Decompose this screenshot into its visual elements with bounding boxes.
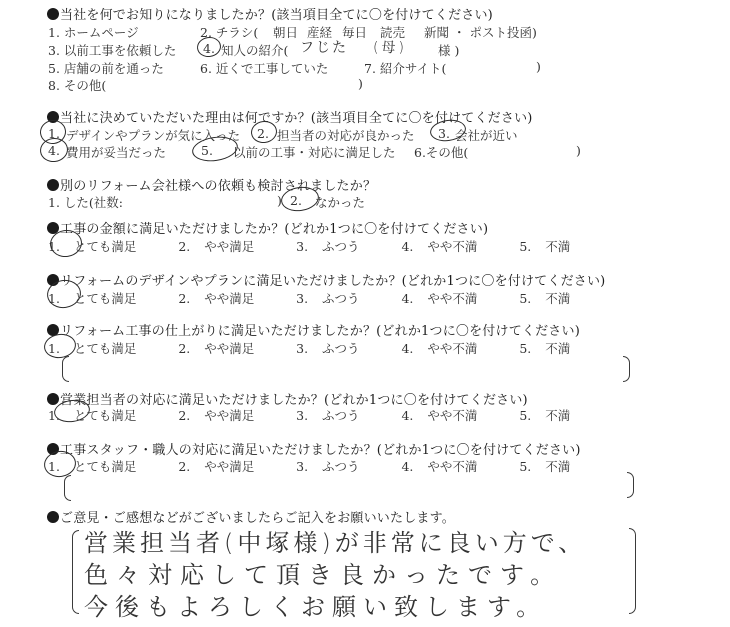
q6-option-2[interactable]: 2. やや満足	[178, 341, 254, 356]
q5-option-5[interactable]: 5. 不満	[519, 291, 570, 306]
q3-option-2-label[interactable]: なかった	[315, 193, 365, 211]
q1-option-1[interactable]: 1. ホームページ	[48, 23, 139, 41]
q8-comment-field[interactable]	[72, 476, 622, 498]
q7-option-4[interactable]: 4. やや不満	[401, 408, 477, 423]
q1-option-3[interactable]: 3. 以前工事を依頼した	[48, 41, 176, 59]
q2-option-5-label[interactable]: 以前の工事・対応に満足した	[233, 143, 396, 161]
q6-option-5[interactable]: 5. 不満	[519, 341, 570, 356]
q6-comment-bracket-left	[62, 356, 69, 382]
q1-paper-asahi[interactable]: 朝日	[273, 23, 298, 41]
q6-comment-field[interactable]	[70, 358, 620, 380]
q1-paper-newspaper-post[interactable]: 新聞 ・ ポスト投函)	[424, 23, 537, 41]
bullet-icon	[47, 179, 59, 191]
bullet-icon	[47, 511, 59, 523]
q8-comment-bracket-left	[64, 475, 71, 501]
q5-question: リフォームのデザインやプランに満足いただけましたか？(どれか1つに〇を付けてくだ…	[47, 270, 605, 289]
q1-option-7[interactable]: 7. 紹介サイト(	[364, 59, 446, 77]
q5-option-4[interactable]: 4. やや不満	[401, 291, 477, 306]
q3-question: 別のリフォーム会社様への依頼も検討されましたか？	[47, 175, 376, 194]
q4-option-4[interactable]: 4. やや不満	[401, 239, 477, 254]
q6-option-4[interactable]: 4. やや不満	[401, 341, 477, 356]
q7-option-2[interactable]: 2. やや満足	[178, 408, 254, 423]
q1-question: 当社を何でお知りになりましたか？(該当項目全てに〇を付けてください)	[47, 4, 493, 23]
q9-comment-bracket-right	[629, 528, 636, 614]
q1-option-8-close: )	[358, 76, 363, 91]
q4-option-5[interactable]: 5. 不満	[519, 239, 570, 254]
q1-option-5[interactable]: 5. 店舗の前を通った	[48, 59, 164, 77]
q9-comment-line-3: 今後もよろしくお願い致します。	[84, 591, 624, 623]
q1-handwritten-relation: (母)	[373, 37, 407, 57]
q4-rating-options[interactable]: 1. とても満足 2. やや満足 3. ふつう 4. やや不満 5. 不満	[48, 237, 570, 255]
q8-option-5[interactable]: 5. 不満	[519, 459, 570, 474]
q4-option-3[interactable]: 3. ふつう	[296, 239, 359, 254]
q6-comment-bracket-right	[623, 356, 630, 382]
q2-option-6[interactable]: 6.その他(	[414, 143, 468, 161]
q8-comment-bracket-right	[627, 472, 634, 498]
q8-option-4[interactable]: 4. やや不満	[401, 459, 477, 474]
q2-option-6-close: )	[576, 143, 581, 158]
q4-question: 工事の金額に満足いただけましたか？(どれか1つに〇を付けてください)	[47, 218, 488, 237]
bullet-icon	[47, 8, 59, 20]
q9-comment-line-1: 営業担当者(中塚様)が非常に良い方で、	[84, 527, 624, 559]
q9-comment-line-2: 色々対応して頂き良かったです。	[84, 559, 624, 591]
q1-option-6[interactable]: 6. 近くで工事していた	[200, 59, 328, 77]
q1-option-8[interactable]: 8. その他(	[48, 76, 106, 94]
q9-comment-field[interactable]: 営業担当者(中塚様)が非常に良い方で、 色々対応して頂き良かったです。 今後もよ…	[84, 527, 624, 623]
q1-handwritten-name: フじた	[300, 37, 348, 57]
q2-option-2-label[interactable]: 担当者の対応が良かった	[277, 126, 415, 144]
bullet-icon	[47, 393, 59, 405]
q6-option-3[interactable]: 3. ふつう	[296, 341, 359, 356]
q4-option-2[interactable]: 2. やや満足	[178, 239, 254, 254]
q8-rating-options[interactable]: 1. とても満足 2. やや満足 3. ふつう 4. やや不満 5. 不満	[48, 457, 570, 475]
q6-question: リフォーム工事の仕上がりに満足いただけましたか？(どれか1つに〇を付けてください…	[47, 320, 580, 339]
q5-option-2[interactable]: 2. やや満足	[178, 291, 254, 306]
q2-option-3-label[interactable]: 会社が近い	[455, 126, 518, 144]
q9-comment-bracket-left	[72, 530, 79, 614]
q7-rating-options[interactable]: 1. とても満足 2. やや満足 3. ふつう 4. やや不満 5. 不満	[48, 406, 570, 424]
q7-option-3[interactable]: 3. ふつう	[296, 408, 359, 423]
q7-option-5[interactable]: 5. 不満	[519, 408, 570, 423]
q1-option-7-close: )	[536, 59, 541, 74]
q8-option-2[interactable]: 2. やや満足	[178, 459, 254, 474]
q5-rating-options[interactable]: 1. とても満足 2. やや満足 3. ふつう 4. やや不満 5. 不満	[48, 289, 570, 307]
q1-sama-label: 様 )	[438, 41, 459, 59]
q9-question: ご意見・ご感想などがございましたらご記入をお願いいたします。	[47, 507, 455, 526]
q3-option-1[interactable]: 1. した(社数:	[48, 193, 123, 211]
q8-question: 工事スタッフ・職人の対応に満足いただけましたか？(どれか1つに〇を付けてください…	[47, 439, 581, 458]
q8-option-3[interactable]: 3. ふつう	[296, 459, 359, 474]
q5-option-3[interactable]: 3. ふつう	[296, 291, 359, 306]
q2-option-4-label[interactable]: 費用が妥当だった	[66, 143, 166, 161]
q1-option-4-label[interactable]: 知人の紹介(	[221, 41, 288, 59]
q6-rating-options[interactable]: 1. とても満足 2. やや満足 3. ふつう 4. やや不満 5. 不満	[48, 339, 570, 357]
